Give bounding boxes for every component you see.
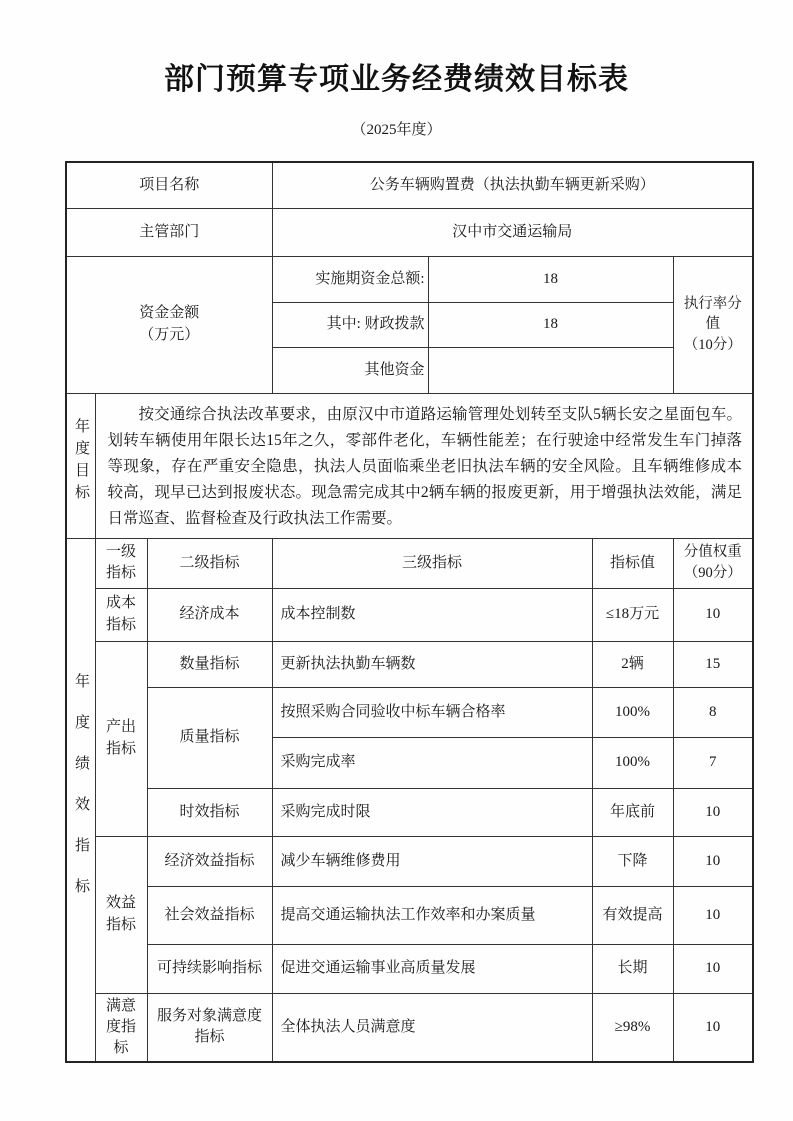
indicator-weight-cell: 8 — [673, 687, 753, 737]
execution-rate-line2: （10分） — [678, 335, 749, 356]
indicator-row-quantity: 产出 指标 数量指标 更新执法执勤车辆数 2辆 15 — [66, 641, 753, 687]
group-output-label: 产出 指标 — [95, 641, 147, 836]
indicator-header-row: 年度绩效指标 一级 指标 二级指标 三级指标 指标值 分值权重 （90分） — [66, 538, 753, 588]
header-level2: 二级指标 — [147, 538, 272, 588]
indicator-level3-cell: 减少车辆维修费用 — [272, 836, 592, 886]
indicator-row-satisfaction: 满意 度指 标 服务对象满意度 指标 全体执法人员满意度 ≥98% 10 — [66, 993, 753, 1062]
group-satisfaction-line3: 标 — [100, 1038, 143, 1059]
indicator-weight-cell: 10 — [673, 944, 753, 993]
indicator-weight-cell: 10 — [673, 993, 753, 1062]
indicator-value-cell: 年底前 — [592, 788, 673, 836]
indicator-value-cell: 100% — [592, 737, 673, 788]
group-benefit-line1: 效益 — [100, 893, 143, 914]
indicator-value-cell: 长期 — [592, 944, 673, 993]
indicator-row-timeliness: 时效指标 采购完成时限 年底前 10 — [66, 788, 753, 836]
header-level3: 三级指标 — [272, 538, 592, 588]
indicator-level3-cell: 全体执法人员满意度 — [272, 993, 592, 1062]
indicator-section-label: 年度绩效指标 — [66, 538, 95, 1062]
header-weight-line1: 分值权重 — [678, 542, 749, 563]
project-name-label: 项目名称 — [66, 162, 272, 208]
execution-rate-score-label: 执行率分值 （10分） — [673, 256, 753, 393]
funding-other-value — [428, 347, 673, 393]
indicator-weight-cell: 10 — [673, 886, 753, 944]
group-satisfaction-label: 满意 度指 标 — [95, 993, 147, 1062]
group-output-line2: 指标 — [100, 739, 143, 760]
group-satisfaction-line2: 度指 — [100, 1017, 143, 1038]
indicator-weight-cell: 10 — [673, 588, 753, 641]
document-subtitle: （2025年度） — [0, 118, 793, 139]
indicator-level2-cell: 社会效益指标 — [147, 886, 272, 944]
indicator-level3-cell: 促进交通运输事业高质量发展 — [272, 944, 592, 993]
project-name-value: 公务车辆购置费（执法执勤车辆更新采购） — [272, 162, 753, 208]
indicator-row-sustainability: 可持续影响指标 促进交通运输事业高质量发展 长期 10 — [66, 944, 753, 993]
funding-total-value: 18 — [428, 256, 673, 302]
indicator-value-cell: 下降 — [592, 836, 673, 886]
indicator-level3-cell: 成本控制数 — [272, 588, 592, 641]
annual-goal-text: 按交通综合执法改革要求，由原汉中市道路运输管理处划转至支队5辆长安之星面包车。划… — [108, 402, 743, 532]
indicator-level3-cell: 采购完成时限 — [272, 788, 592, 836]
funding-other-label: 其他资金 — [272, 347, 428, 393]
funding-label-line2: （万元） — [71, 325, 268, 346]
group-cost-line1: 成本 — [100, 593, 143, 614]
indicator-value-cell: 100% — [592, 687, 673, 737]
indicator-weight-cell: 7 — [673, 737, 753, 788]
group-benefit-label: 效益 指标 — [95, 836, 147, 993]
funding-total-label: 实施期资金总额: — [272, 256, 428, 302]
indicator-level2-cell: 时效指标 — [147, 788, 272, 836]
indicator-weight-cell: 15 — [673, 641, 753, 687]
annual-goal-label: 年度目标 — [66, 393, 95, 538]
indicator-level2-cell: 经济成本 — [147, 588, 272, 641]
indicator-row-quality-1: 质量指标 按照采购合同验收中标车辆合格率 100% 8 — [66, 687, 753, 737]
header-weight: 分值权重 （90分） — [673, 538, 753, 588]
header-level1: 一级 指标 — [95, 538, 147, 588]
indicator-value-cell: ≤18万元 — [592, 588, 673, 641]
annual-goal-row: 年度目标 按交通综合执法改革要求，由原汉中市道路运输管理处划转至支队5辆长安之星… — [66, 393, 753, 538]
satisfaction-level2-line1: 服务对象满意度 — [152, 1006, 268, 1027]
document-page: 部门预算专项业务经费绩效目标表 （2025年度） 项目名称 公务车辆购置费（执法… — [0, 0, 793, 1121]
group-output-line1: 产出 — [100, 717, 143, 738]
funding-label-line1: 资金金额 — [71, 303, 268, 324]
indicator-level3-cell: 采购完成率 — [272, 737, 592, 788]
funding-fiscal-value: 18 — [428, 302, 673, 347]
funding-fiscal-label: 其中: 财政拨款 — [272, 302, 428, 347]
indicator-level3-cell: 提高交通运输执法工作效率和办案质量 — [272, 886, 592, 944]
indicator-weight-cell: 10 — [673, 788, 753, 836]
funding-label: 资金金额 （万元） — [66, 256, 272, 393]
header-level1-line2: 指标 — [100, 563, 143, 584]
group-satisfaction-line1: 满意 — [100, 996, 143, 1017]
department-row: 主管部门 汉中市交通运输局 — [66, 208, 753, 256]
indicator-level2-cell: 可持续影响指标 — [147, 944, 272, 993]
indicator-row-cost: 成本 指标 经济成本 成本控制数 ≤18万元 10 — [66, 588, 753, 641]
execution-rate-line1: 执行率分值 — [678, 294, 749, 335]
funding-row-total: 资金金额 （万元） 实施期资金总额: 18 执行率分值 （10分） — [66, 256, 753, 302]
indicator-level2-cell: 服务对象满意度 指标 — [147, 993, 272, 1062]
document-title: 部门预算专项业务经费绩效目标表 — [0, 0, 793, 98]
annual-goal-label-text: 年度目标 — [73, 418, 90, 506]
indicator-section-label-text: 年度绩效指标 — [73, 673, 90, 919]
project-name-row: 项目名称 公务车辆购置费（执法执勤车辆更新采购） — [66, 162, 753, 208]
indicator-level2-cell: 经济效益指标 — [147, 836, 272, 886]
group-cost-label: 成本 指标 — [95, 588, 147, 641]
header-value: 指标值 — [592, 538, 673, 588]
performance-target-table: 项目名称 公务车辆购置费（执法执勤车辆更新采购） 主管部门 汉中市交通运输局 资… — [65, 161, 754, 1063]
indicator-value-cell: 2辆 — [592, 641, 673, 687]
indicator-level2-cell: 数量指标 — [147, 641, 272, 687]
indicator-row-social-benefit: 社会效益指标 提高交通运输执法工作效率和办案质量 有效提高 10 — [66, 886, 753, 944]
indicator-level3-cell: 按照采购合同验收中标车辆合格率 — [272, 687, 592, 737]
indicator-row-economic-benefit: 效益 指标 经济效益指标 减少车辆维修费用 下降 10 — [66, 836, 753, 886]
indicator-level2-cell: 质量指标 — [147, 687, 272, 788]
header-level1-line1: 一级 — [100, 542, 143, 563]
indicator-value-cell: 有效提高 — [592, 886, 673, 944]
header-weight-line2: （90分） — [678, 563, 749, 584]
group-benefit-line2: 指标 — [100, 915, 143, 936]
indicator-level3-cell: 更新执法执勤车辆数 — [272, 641, 592, 687]
annual-goal-cell: 按交通综合执法改革要求，由原汉中市道路运输管理处划转至支队5辆长安之星面包车。划… — [95, 393, 753, 538]
indicator-weight-cell: 10 — [673, 836, 753, 886]
department-label: 主管部门 — [66, 208, 272, 256]
department-value: 汉中市交通运输局 — [272, 208, 753, 256]
satisfaction-level2-line2: 指标 — [152, 1027, 268, 1048]
indicator-value-cell: ≥98% — [592, 993, 673, 1062]
group-cost-line2: 指标 — [100, 615, 143, 636]
